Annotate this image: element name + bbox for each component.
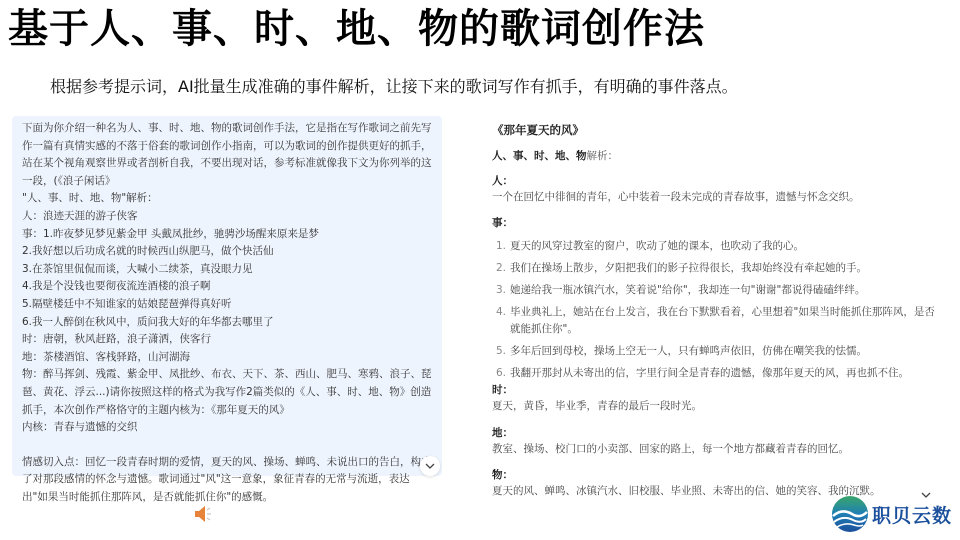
event-number: 5. [496,343,510,360]
prompt-line: 2.我好想以后功成名就的时候西山纵肥马，做个快活仙 [22,243,434,261]
analysis-heading: 人、事、时、地、物解析： [492,148,618,163]
event-item: 5.多年后回到母校，操场上空无一人，只有蝉鸣声依旧，仿佛在嘲笑我的怯懦。 [496,343,936,360]
prompt-line: 地：茶楼酒馆、客栈驿路，山河湖海 [22,349,434,367]
page-subtitle: 根据参考提示词，AI批量生成准确的事件解析，让接下来的歌词写作有抓手，有明确的事… [50,76,738,98]
prompt-line: 人：浪迹天涯的游子侠客 [22,208,434,226]
event-item: 4.毕业典礼上，她站在台上发言，我在台下默默看着，心里想着"如果当时能抓住那阵风… [496,304,936,338]
event-label: 事： [492,215,513,230]
analysis-label: 人、事、时、地、物 [492,150,587,162]
event-number: 4. [496,304,510,338]
event-item: 6.我翻开那封从未寄出的信，字里行间全是青春的遗憾，像那年夏天的风，再也抓不住。 [496,365,936,382]
time-text: 夏天，黄昏，毕业季，青春的最后一段时光。 [492,398,702,415]
prompt-line: 物：醉马挥剑、残霞、紫金甲、凤批纱、布衣、天下、茶、西山、肥马、寒鸦、浪子、琵琶… [22,366,434,419]
chevron-down-icon [425,463,435,469]
event-text: 多年后回到母校，操场上空无一人，只有蝉鸣声依旧，仿佛在嘲笑我的怯懦。 [510,343,936,360]
wave-globe-icon [830,494,870,534]
result-title: 《那年夏天的风》 [492,122,584,138]
event-item: 2.我们在操场上散步，夕阳把我们的影子拉得很长，我却始终没有牵起她的手。 [496,260,936,277]
person-text: 一个在回忆中徘徊的青年，心中装着一段未完成的青春故事，遗憾与怀念交织。 [492,189,860,206]
event-text: 夏天的风穿过教室的窗户，吹动了她的课本，也吹动了我的心。 [510,238,936,255]
expand-prompt-button[interactable] [420,456,440,476]
event-text: 我们在操场上散步，夕阳把我们的影子拉得很长，我却始终没有牵起她的手。 [510,260,936,277]
prompt-line: 6.我一人醉倒在秋风中，质问我大好的年华都去哪里了 [22,314,434,332]
spacer [22,437,434,454]
prompt-line: 内核：青春与遗憾的交织 [22,419,434,437]
event-text: 她递给我一瓶冰镇汽水，笑着说"给你"，我却连一句"谢谢"都说得磕磕绊绊。 [510,282,936,299]
event-text: 我翻开那封从未寄出的信，字里行间全是青春的遗憾，像那年夏天的风，再也抓不住。 [510,365,936,382]
event-number: 3. [496,282,510,299]
prompt-panel: 下面为你介绍一种名为人、事、时、地、物的歌词创作手法，它是指在写作歌词之前先写作… [12,116,442,476]
prompt-line: 5.隔壁楼廷中不知谁家的姑娘琵琶弹得真好听 [22,296,434,314]
result-panel: 《那年夏天的风》 人、事、时、地、物解析： 人： 一个在回忆中徘徊的青年，心中装… [488,116,948,506]
speaker-icon [193,504,215,524]
page-title: 基于人、事、时、地、物的歌词创作法 [8,6,705,52]
place-text: 教室、操场、校门口的小卖部、回家的路上，每一个地方都藏着青春的回忆。 [492,441,849,458]
prompt-line: 事：1.昨夜梦见梦见紫金甲 头戴凤批纱，驰骋沙场醒来原来是梦 [22,226,434,244]
prompt-line: 情感切入点：回忆一段青春时期的爱情，夏天的风、操场、蝉鸣、未说出口的告白，构成了… [22,454,434,507]
prompt-line: 4.我是个没钱也要彻夜流连酒楼的浪子啊 [22,278,434,296]
event-text: 毕业典礼上，她站在台上发言，我在台下默默看着，心里想着"如果当时能抓住那阵风，是… [510,304,936,338]
event-item: 1.夏天的风穿过教室的窗户，吹动了她的课本，也吹动了我的心。 [496,238,936,255]
event-list: 1.夏天的风穿过教室的窗户，吹动了她的课本，也吹动了我的心。 2.我们在操场上散… [496,238,936,387]
time-label: 时： [492,382,513,397]
speaker-button[interactable] [193,504,215,524]
prompt-line: 下面为你介绍一种名为人、事、时、地、物的歌词创作手法，它是指在写作歌词之前先写作… [22,120,434,190]
event-number: 2. [496,260,510,277]
brand-logo: 职贝云数 [830,494,952,534]
analysis-label-suffix: 解析： [587,150,619,162]
place-label: 地： [492,425,513,440]
prompt-line: 时：唐朝，秋风赶路，浪子潇洒，侠客行 [22,331,434,349]
object-label: 物： [492,467,513,482]
event-number: 1. [496,238,510,255]
event-number: 6. [496,365,510,382]
prompt-line: "人、事、时、地、物"解析： [22,190,434,208]
person-label: 人： [492,173,513,188]
prompt-line: 3.在茶馆里侃侃而谈，大喊小二续茶，真没眼力见 [22,261,434,279]
event-item: 3.她递给我一瓶冰镇汽水，笑着说"给你"，我却连一句"谢谢"都说得磕磕绊绊。 [496,282,936,299]
object-text: 夏天的风、蝉鸣、冰镇汽水、旧校服、毕业照、未寄出的信、她的笑容、我的沉默。 [492,483,881,500]
brand-name: 职贝云数 [872,501,952,528]
